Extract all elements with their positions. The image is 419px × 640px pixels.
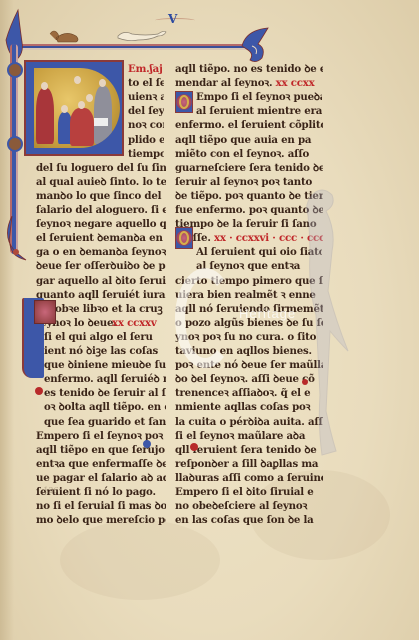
decorated-initial-f [22,298,44,378]
text-line: es tenido ꝺe ſeruir al ſeyn [44,386,166,400]
text-line: que ſea guarido et ſano. [44,415,166,429]
book [94,118,108,126]
text-line: aqll tiẽpo. no es tenido ꝺe e [175,62,323,76]
text-line: guarneſciere ſera tenido ꝺe [175,161,323,175]
text-line: gar aquello al ꝺito ſeruient [36,274,166,288]
text-line: aqll tiẽpo que auia en pa [175,133,323,147]
text-line: Em.ʃaj [128,62,164,76]
text-line: enfermo. aqll ſeruiéꝺ no [44,372,166,386]
text-line: no ſi el ſeruial ſi mas ꝺo [36,499,166,513]
watermark-logo-icon [175,268,235,368]
paragraph-mark-red [190,443,198,451]
text-line: enfermo. el ſeruient cõplito [175,118,323,132]
manuscript-page: V [0,0,419,640]
text-line: ue pagar el ſalario aꝺ aqll [36,471,166,485]
text-line: llaꝺuras aſſi como a ſeruino [175,471,323,485]
text-line: no obeꝺeſciere al ſeynoꝛ [175,499,323,513]
figure-head [41,82,48,90]
text-line: que ꝺiniene mieuꝺe ſuere [44,358,166,372]
text-line: el ſeruient ꝺemanꝺa en pa [36,231,166,245]
text-line: del ſeyn [128,104,164,118]
text-line: del ſu loguero del ſu ſinto [36,161,166,175]
text-line: ſalario del aloguero. ſi el [36,203,166,217]
border-roundels-icon [4,60,26,160]
gold-ground [34,68,120,148]
figure-head [99,79,106,87]
standing-figure-grey [94,86,112,144]
text-line: xx ccxxv [112,316,162,330]
quire-signature: V [168,12,177,26]
watermark: Heritage [175,268,350,368]
weasel-drollery-icon [116,28,168,46]
text-line: mo ꝺelo que mereſcio poꝛ [36,513,166,527]
text-line: mendar al ſeynoꝛ. xx ccxx [175,76,323,90]
historiated-initial-d [24,60,124,156]
text-line: to el ſer [128,76,164,90]
text-line: miẽto con el ſeynoꝛ. aſſo [175,147,323,161]
parchment-stain [60,520,220,600]
text-line: ſi el qui algo el ſeru [44,330,166,344]
text-line: tiempo [128,147,164,161]
text-line: ient nó ꝺiꝫe las coſas [44,344,166,358]
master-figure [36,88,54,144]
paragraph-mark-blue [143,440,151,448]
figure-head [86,94,93,102]
decorated-initial-a [175,227,193,249]
text-line: Empo ſi el ſeynoꝛ pueꝺa [196,90,322,104]
text-line: en las coſas que ſon ꝺe la [175,513,323,527]
border-finial-bottom-left-icon [2,216,28,262]
text-line: entꝛa que enfermaſſe ꝺe [36,457,166,471]
text-line: noꝛ con [128,118,164,132]
text-line: plido el [128,133,164,147]
text-line: ga o en ꝺemanꝺa ſeynoꝛ [36,245,166,259]
text-line: manꝺo lo que ſinco del [36,189,166,203]
text-line: al qual auieꝺ ſinto. lo te [36,175,166,189]
kneeling-figure-red [70,108,94,146]
decorated-initial-e [175,91,193,113]
paragraph-mark-red [35,387,43,395]
folio-pencil-note: 126 [43,486,58,495]
figure-head [74,76,81,84]
figure-head [61,105,68,113]
figure-head [78,101,85,109]
squirrel-drollery-icon [48,28,82,46]
watermark-text: Heritage [239,306,296,321]
text-line: Empero ſi el ꝺito ſiruial e [175,485,323,499]
text-line: ſeynoꝛ negare aquello que [36,217,166,231]
border-finial-right-icon [240,26,270,66]
text-line: uienꝛ a [128,90,164,104]
text-line: al ſeruient mientre era [196,104,322,118]
text-line: ꝺeue ſer oſſerꝺuiꝺo ꝺe pa [36,259,166,273]
text-line: oꝛ ꝺolta aqll tiẽpo. en el q̃ [44,400,166,414]
